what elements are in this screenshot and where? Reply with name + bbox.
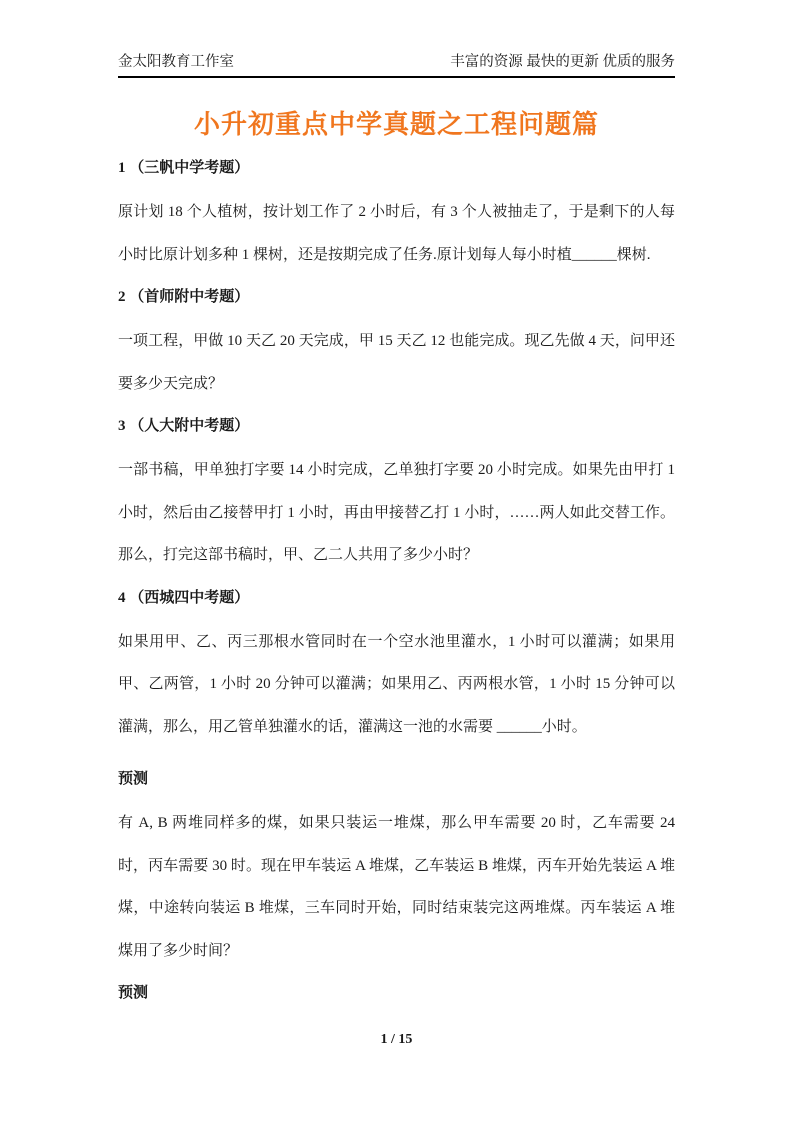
section-heading-3: 3 （人大附中考题） — [118, 418, 675, 434]
document-body: 小升初重点中学真题之工程问题篇 1 （三帆中学考题） 原计划 18 个人植树，按… — [118, 106, 675, 1016]
section-heading-4: 4 （西城四中考题） — [118, 590, 675, 606]
section-heading-forecast-2: 预测 — [118, 985, 675, 1001]
section-body-3: 一部书稿，甲单独打字要 14 小时完成，乙单独打字要 20 小时完成。如果先由甲… — [118, 449, 675, 577]
section-heading-1: 1 （三帆中学考题） — [118, 160, 675, 176]
section-body-1: 原计划 18 个人植树，按计划工作了 2 小时后，有 3 个人被抽走了，于是剩下… — [118, 191, 675, 276]
section-body-4: 如果用甲、乙、丙三那根水管同时在一个空水池里灌水，1 小时可以灌满；如果用甲、乙… — [118, 621, 675, 749]
section-heading-2: 2 （首师附中考题） — [118, 289, 675, 305]
section-body-2: 一项工程，甲做 10 天乙 20 天完成，甲 15 天乙 12 也能完成。现乙先… — [118, 320, 675, 405]
section-heading-forecast-1: 预测 — [118, 771, 675, 787]
header-right-slogan: 丰富的资源 最快的更新 优质的服务 — [450, 50, 675, 71]
page-header: 金太阳教育工作室 丰富的资源 最快的更新 优质的服务 — [118, 50, 675, 78]
document-title: 小升初重点中学真题之工程问题篇 — [118, 106, 675, 144]
section-body-forecast-1: 有 A, B 两堆同样多的煤，如果只装运一堆煤，那么甲车需要 20 时，乙车需要… — [118, 802, 675, 972]
header-left-brand: 金太阳教育工作室 — [118, 50, 234, 71]
page-number: 1 / 15 — [0, 1032, 793, 1048]
